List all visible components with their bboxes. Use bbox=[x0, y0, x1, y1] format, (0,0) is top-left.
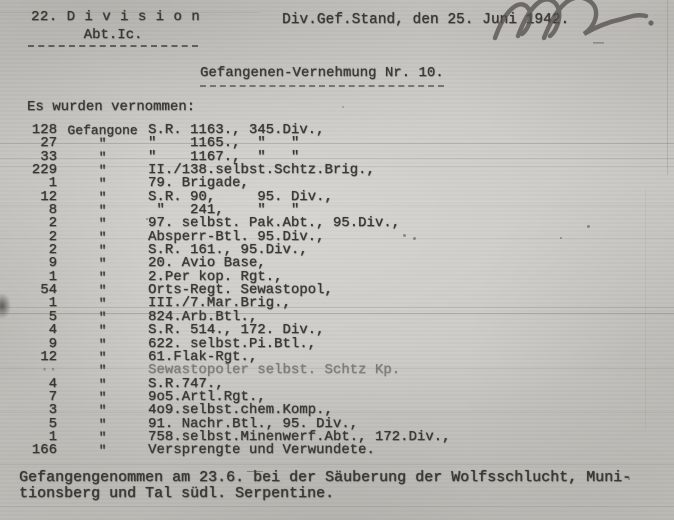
ditto-mark: " bbox=[57, 297, 148, 310]
ditto-mark: " bbox=[57, 284, 148, 297]
prisoner-count: ·· bbox=[0, 364, 57, 377]
ditto-mark: " bbox=[57, 137, 148, 150]
footer-line-2: tionsberg und Tal südl. Serpentine. bbox=[19, 485, 334, 502]
list-item: 229"II./138.selbst.Schtz.Brig., bbox=[0, 164, 674, 177]
list-item: 4"S.R.747., bbox=[0, 378, 674, 391]
page-title: Gefangenen-Vernehmung Nr. 10. bbox=[200, 65, 444, 87]
ditto-mark: " bbox=[57, 164, 148, 177]
unit-name: Sewastopoler selbst. Schtz Kp. bbox=[148, 364, 400, 377]
list-item: 1"2.Per kop. Rgt., bbox=[0, 271, 674, 284]
list-item: 9"20. Avio Base, bbox=[0, 257, 674, 270]
ditto-mark: " bbox=[57, 444, 148, 457]
ditto-mark: " bbox=[57, 378, 148, 391]
paper-crease bbox=[0, 506, 674, 507]
list-item: 166"Versprengte und Verwundete. bbox=[0, 444, 674, 457]
department-label: Abt.Ic. bbox=[84, 27, 143, 43]
list-item: 1"79. Brigade, bbox=[0, 177, 674, 190]
prisoner-count: 166 bbox=[0, 444, 57, 457]
pencil-dash bbox=[593, 42, 604, 44]
ditto-mark: " bbox=[57, 418, 148, 431]
list-item: 27"" 1165., " " bbox=[0, 137, 674, 150]
ditto-mark: " bbox=[57, 324, 148, 337]
ditto-mark: " bbox=[57, 311, 148, 324]
ditto-mark: " bbox=[57, 364, 148, 377]
ditto-mark: " bbox=[57, 271, 148, 284]
list-item: 5"824.Arb.Btl., bbox=[0, 311, 674, 324]
prisoner-list: 128GefangoneS.R. 1163., 345.Div.,27"" 11… bbox=[0, 124, 674, 458]
list-item: 1"III./7.Mar.Brig., bbox=[0, 297, 674, 310]
ditto-mark: " bbox=[57, 204, 148, 217]
ditto-mark: " bbox=[57, 217, 148, 230]
ink-speck bbox=[342, 106, 344, 108]
ditto-mark: " bbox=[57, 244, 148, 257]
intro-line: Es wurden vernommen: bbox=[27, 99, 195, 115]
list-item: 4"S.R. 514., 172. Div., bbox=[0, 324, 674, 337]
list-item: 12"S.R. 90, 95. Div., bbox=[0, 191, 674, 204]
ditto-mark: Gefangone bbox=[57, 124, 148, 137]
ditto-mark: " bbox=[57, 177, 148, 190]
ditto-mark: " bbox=[57, 151, 148, 164]
ditto-mark: " bbox=[57, 431, 148, 444]
list-item: 2"S.R. 161., 95.Div., bbox=[0, 244, 674, 257]
paper-crease bbox=[0, 464, 674, 465]
list-item: 54"Orts-Regt. Sewastopol, bbox=[0, 284, 674, 297]
document-page: 22. D i v i s i o n Abt.Ic. Div.Gef.Stan… bbox=[0, 0, 674, 520]
unit-name: Versprengte und Verwundete. bbox=[148, 444, 375, 457]
list-item: 128GefangoneS.R. 1163., 345.Div., bbox=[0, 124, 674, 137]
ditto-mark: " bbox=[57, 231, 148, 244]
dateline: Div.Gef.Stand, den 25. Juni 1942. bbox=[282, 12, 569, 28]
list-item: 2"Absperr-Btl. 95.Div., bbox=[0, 231, 674, 244]
ditto-mark: " bbox=[57, 404, 148, 417]
footer-line-1: Gefangengenommen am 23.6. bei der Säuber… bbox=[19, 469, 631, 486]
list-item: ··"Sewastopoler selbst. Schtz Kp. bbox=[0, 364, 674, 377]
list-item: 9"622. selbst.Pi.Btl., bbox=[0, 338, 674, 351]
stray-mark bbox=[247, 471, 263, 472]
department-block: Abt.Ic. bbox=[28, 25, 198, 47]
ditto-mark: " bbox=[57, 391, 148, 404]
ditto-mark: " bbox=[57, 191, 148, 204]
list-item: 7"9o5.Artl.Rgt., bbox=[0, 391, 674, 404]
ditto-mark: " bbox=[57, 338, 148, 351]
division-heading: 22. D i v i s i o n bbox=[31, 9, 200, 25]
footer-note: Gefangengenommen am 23.6. bei der Säuber… bbox=[19, 470, 631, 501]
ditto-mark: " bbox=[57, 351, 148, 364]
ink-dot bbox=[648, 20, 653, 25]
list-item: 2"97. selbst. Pak.Abt., 95.Div., bbox=[0, 217, 674, 230]
ditto-mark: " bbox=[57, 257, 148, 270]
